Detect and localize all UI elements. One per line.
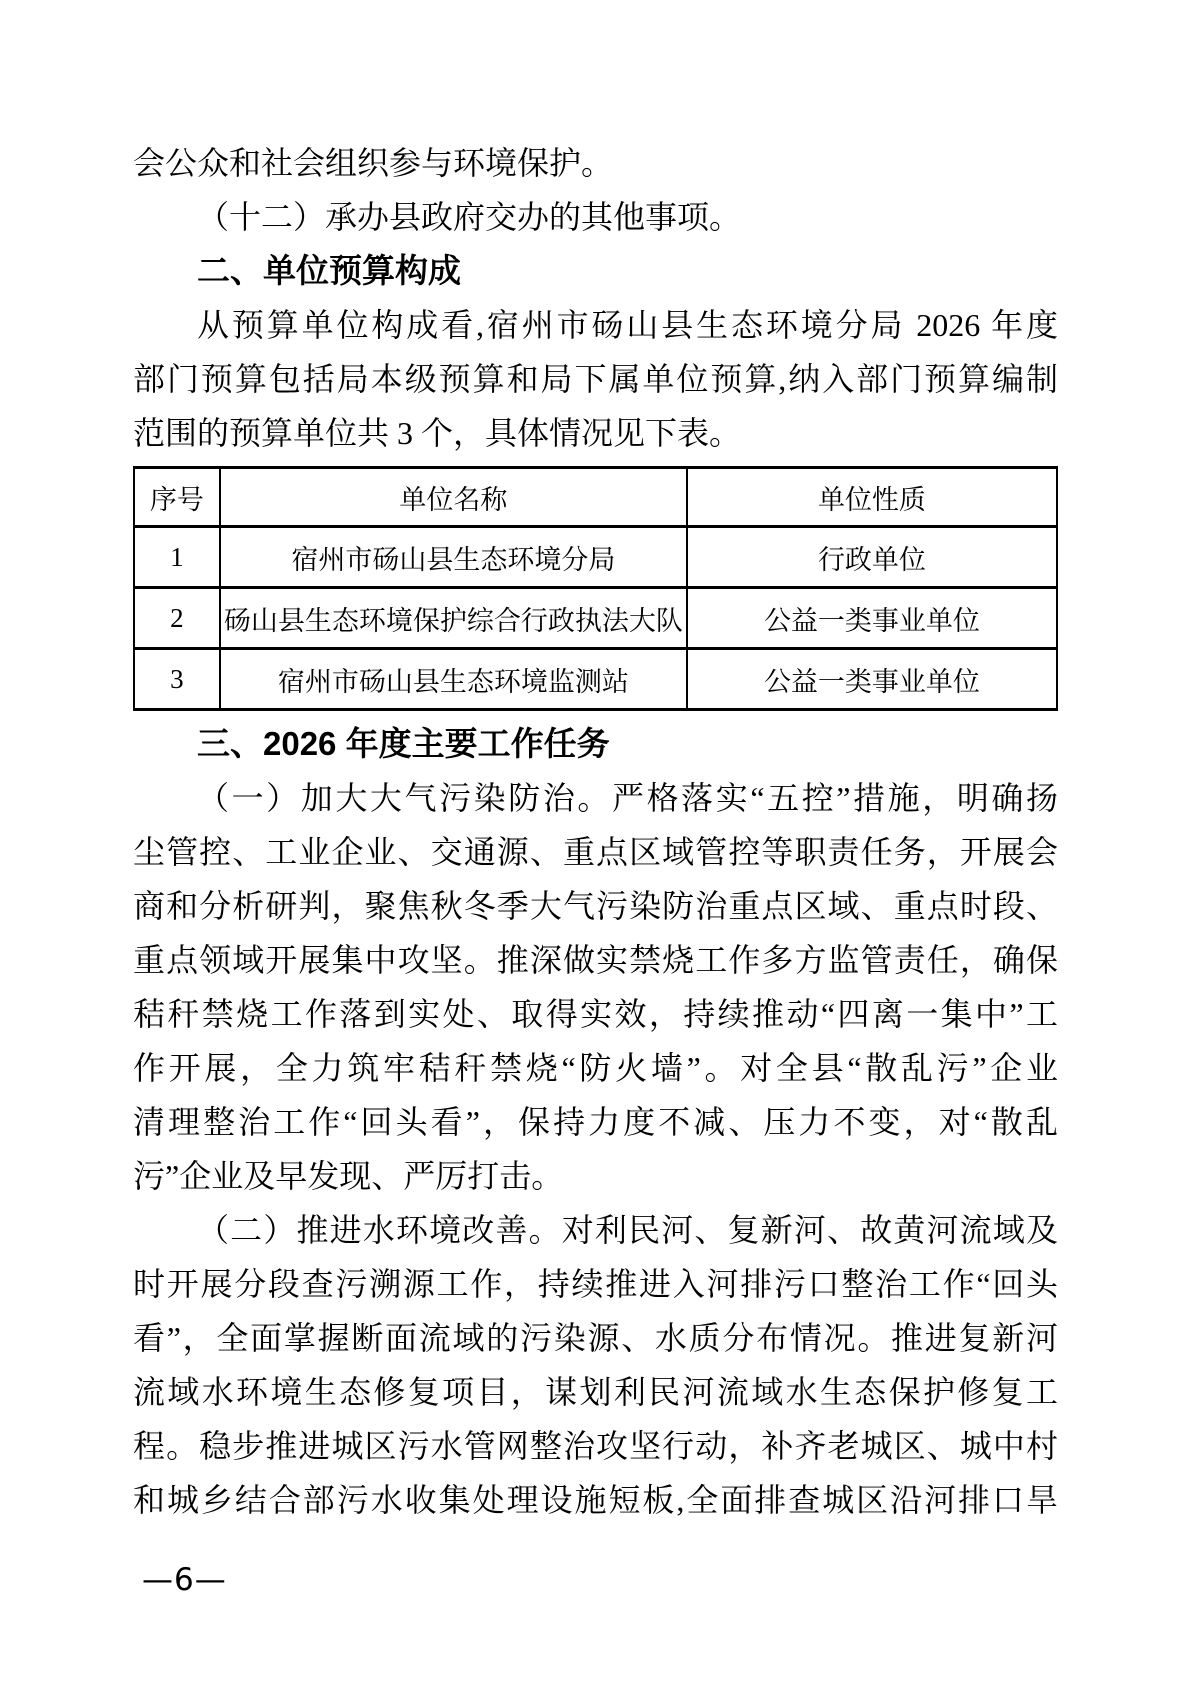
paragraph-line: 重点领域开展集中攻坚。推深做实禁烧工作多方监管责任，确保 — [133, 933, 1058, 987]
paragraph-line: （一）加大大气污染防治。严格落实“五控”措施，明确扬 — [133, 771, 1058, 825]
table-cell-unit-name: 宿州市砀山县生态环境分局 — [220, 527, 687, 588]
table-row: 3 宿州市砀山县生态环境监测站 公益一类事业单位 — [134, 649, 1057, 710]
table-header-cell: 单位性质 — [687, 468, 1057, 527]
section-heading-3: 三、2026 年度主要工作任务 — [133, 717, 1058, 771]
paragraph-line: 和城乡结合部污水收集处理设施短板,全面排查城区沿河排口旱 — [133, 1473, 1058, 1527]
table-header-cell: 序号 — [134, 468, 220, 527]
paragraph-line: 秸秆禁烧工作落到实处、取得实效，持续推动“四离一集中”工 — [133, 987, 1058, 1041]
table-cell-index: 1 — [134, 527, 220, 588]
paragraph-line: 商和分析研判，聚焦秋冬季大气污染防治重点区域、重点时段、 — [133, 879, 1058, 933]
paragraph-line: 作开展，全力筑牢秸秆禁烧“防火墙”。对全县“散乱污”企业 — [133, 1041, 1058, 1095]
table-cell-unit-type: 行政单位 — [687, 527, 1057, 588]
document-page: 会公众和社会组织参与环境保护。 （十二）承办县政府交办的其他事项。 二、单位预算… — [0, 0, 1190, 1683]
paragraph-line: 尘管控、工业企业、交通源、重点区域管控等职责任务，开展会 — [133, 825, 1058, 879]
table-cell-unit-type: 公益一类事业单位 — [687, 649, 1057, 710]
table-row: 1 宿州市砀山县生态环境分局 行政单位 — [134, 527, 1057, 588]
table-cell-index: 3 — [134, 649, 220, 710]
table-cell-index: 2 — [134, 588, 220, 649]
paragraph-line: 程。稳步推进城区污水管网整治攻坚行动，补齐老城区、城中村 — [133, 1419, 1058, 1473]
paragraph-line: 时开展分段查污溯源工作，持续推进入河排污口整治工作“回头 — [133, 1257, 1058, 1311]
paragraph-line: 看”，全面掌握断面流域的污染源、水质分布情况。推进复新河 — [133, 1311, 1058, 1365]
table-cell-unit-name: 砀山县生态环境保护综合行政执法大队 — [220, 588, 687, 649]
page-number: —6— — [142, 1562, 227, 1598]
paragraph-line: 流域水环境生态修复项目，谋划利民河流域水生态保护修复工 — [133, 1365, 1058, 1419]
paragraph-line: 部门预算包括局本级预算和局下属单位预算,纳入部门预算编制 — [133, 352, 1058, 406]
table-cell-unit-name: 宿州市砀山县生态环境监测站 — [220, 649, 687, 710]
document-content: 会公众和社会组织参与环境保护。 （十二）承办县政府交办的其他事项。 二、单位预算… — [133, 136, 1058, 1527]
section-heading-2: 二、单位预算构成 — [133, 244, 1058, 298]
table-cell-unit-type: 公益一类事业单位 — [687, 588, 1057, 649]
paragraph-line: 从预算单位构成看,宿州市砀山县生态环境分局 2026 年度 — [133, 298, 1058, 352]
table-header-row: 序号 单位名称 单位性质 — [134, 468, 1057, 527]
budget-units-table: 序号 单位名称 单位性质 1 宿州市砀山县生态环境分局 行政单位 2 砀山县生态… — [133, 466, 1058, 711]
paragraph-line: 污”企业及早发现、严厉打击。 — [133, 1149, 1058, 1203]
table-row: 2 砀山县生态环境保护综合行政执法大队 公益一类事业单位 — [134, 588, 1057, 649]
table-header-cell: 单位名称 — [220, 468, 687, 527]
paragraph-line: 会公众和社会组织参与环境保护。 — [133, 136, 1058, 190]
paragraph-line: （二）推进水环境改善。对利民河、复新河、故黄河流域及 — [133, 1203, 1058, 1257]
paragraph-line: 范围的预算单位共 3 个，具体情况见下表。 — [133, 406, 1058, 460]
paragraph-line: 清理整治工作“回头看”，保持力度不减、压力不变，对“散乱 — [133, 1095, 1058, 1149]
paragraph-line: （十二）承办县政府交办的其他事项。 — [133, 190, 1058, 244]
